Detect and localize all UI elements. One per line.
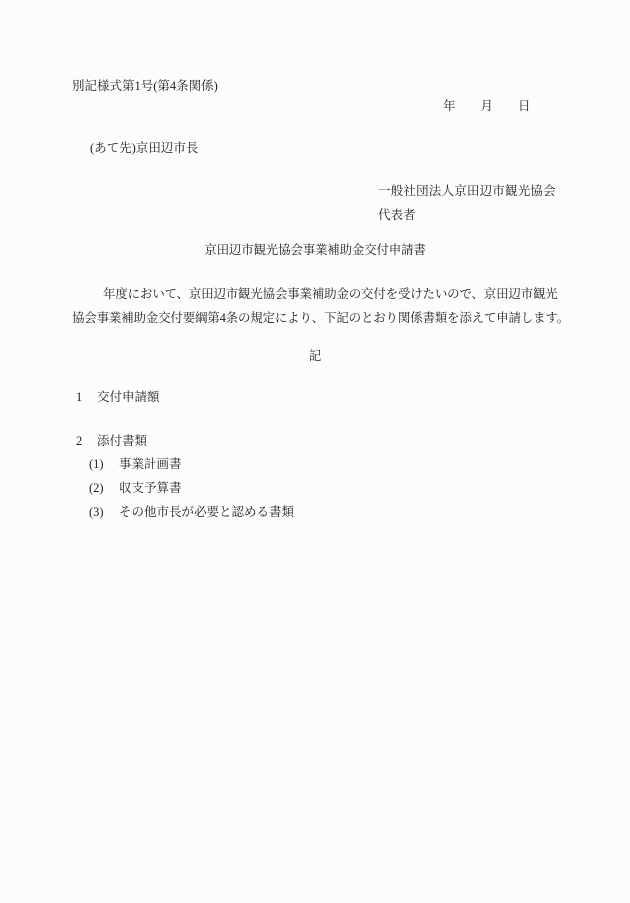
sub-item-2: (2)収支予算書 <box>89 482 182 495</box>
list-item-2-number: 2 <box>76 435 97 448</box>
applicant-organization: 一般社団法人京田辺市観光協会 <box>378 185 556 198</box>
sub-item-3-number: (3) <box>89 506 119 519</box>
sub-item-1: (1)事業計画書 <box>89 458 182 471</box>
sub-item-2-label: 収支予算書 <box>119 481 182 495</box>
addressee-line: (あて先)京田辺市長 <box>90 142 198 155</box>
list-item-2-label: 添付書類 <box>97 434 147 448</box>
list-item-1-number: 1 <box>76 391 97 404</box>
date-line: 年 月 日 <box>443 100 531 113</box>
body-paragraph-line-2: 協会事業補助金交付要綱第4条の規定により、下記のとおり関係書類を添えて申請します… <box>72 312 569 325</box>
list-item-2: 2添付書類 <box>76 435 147 448</box>
sub-item-1-number: (1) <box>89 458 119 471</box>
note-marker: 記 <box>0 350 630 363</box>
document-title: 京田辺市観光協会事業補助金交付申請書 <box>0 244 630 257</box>
applicant-representative: 代表者 <box>378 209 416 222</box>
sub-item-2-number: (2) <box>89 482 119 495</box>
form-style-label: 別記様式第1号(第4条関係) <box>72 80 218 93</box>
body-paragraph-line-1: 年度において、京田辺市観光協会事業補助金の交付を受けたいので、京田辺市観光 <box>103 288 558 301</box>
list-item-1-label: 交付申請額 <box>97 390 160 404</box>
sub-item-1-label: 事業計画書 <box>119 457 182 471</box>
sub-item-3-label: その他市長が必要と認める書類 <box>119 505 294 519</box>
sub-item-3: (3)その他市長が必要と認める書類 <box>89 506 294 519</box>
list-item-1: 1交付申請額 <box>76 391 160 404</box>
document-page: 別記様式第1号(第4条関係) 年 月 日 (あて先)京田辺市長 一般社団法人京田… <box>0 0 630 903</box>
